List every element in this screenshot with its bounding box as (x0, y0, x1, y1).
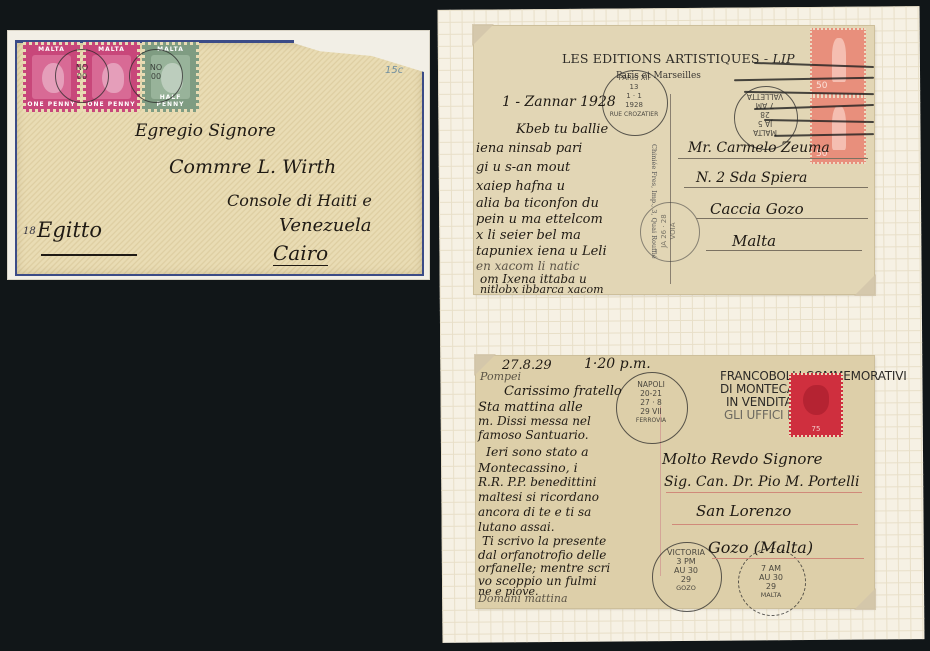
address-line-4: Malta (732, 232, 776, 250)
address-line-4: Venezuela (279, 215, 371, 236)
address-line-1: Egregio Signore (135, 121, 276, 141)
torn-corner (294, 40, 424, 72)
postcard-1928-paris-to-gozo: LES EDITIONS ARTISTIQUES - LIP Paris et … (474, 26, 874, 294)
address-line-2: Sig. Can. Dr. Pio M. Portelli (664, 474, 860, 490)
message-place: Pompei (480, 370, 521, 383)
postcard-1929-napoli-to-gozo: FRANCOBOLLI COMMEMORATIVI DI MONTECASSIN… (476, 356, 874, 608)
address-line-3: San Lorenzo (696, 502, 791, 520)
photo-corner (854, 588, 876, 610)
message-date: 1 - Zannar 1928 (502, 94, 616, 110)
malta-cover-to-egypt: MALTA ONE PENNY MALTA ONE PENNY MALTA HA… (15, 40, 424, 276)
address-line-3: Console di Haiti e (227, 191, 372, 210)
photo-corner (472, 24, 494, 46)
destination-underline (41, 254, 137, 256)
pencil-note: 15c (385, 65, 403, 76)
message-time: 1·20 p.m. (584, 356, 651, 372)
sower-figure-icon (832, 106, 846, 150)
destination-country: Egitto (37, 218, 102, 242)
king-portrait-icon (803, 385, 829, 415)
address-line-2: Commre L. Wirth (169, 156, 336, 178)
address-line-2: N. 2 Sda Spiera (696, 170, 807, 186)
address-line-1: Mr. Carmelo Zeuma (688, 140, 830, 156)
address-line-4: Gozo (Malta) (708, 538, 813, 557)
stamp-italy-imperiale-75c: 75 (789, 373, 843, 437)
address-line-3: Caccia Gozo (710, 200, 804, 218)
photo-corner (854, 274, 876, 296)
destination-prefix: 18 (23, 226, 36, 237)
address-line-5-city: Cairo (273, 241, 328, 266)
publisher-title: LES EDITIONS ARTISTIQUES - LIP (562, 51, 795, 66)
address-line-1: Molto Revdo Signore (662, 450, 822, 468)
stamp-france-sower-1: 50 (810, 28, 866, 96)
sower-figure-icon (832, 38, 846, 82)
